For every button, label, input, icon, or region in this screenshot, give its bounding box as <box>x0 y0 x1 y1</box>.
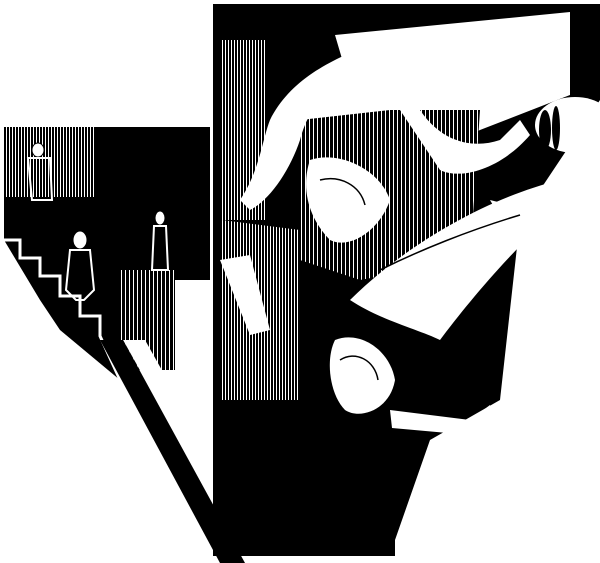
illustration <box>0 0 600 563</box>
right-panel <box>213 4 600 556</box>
